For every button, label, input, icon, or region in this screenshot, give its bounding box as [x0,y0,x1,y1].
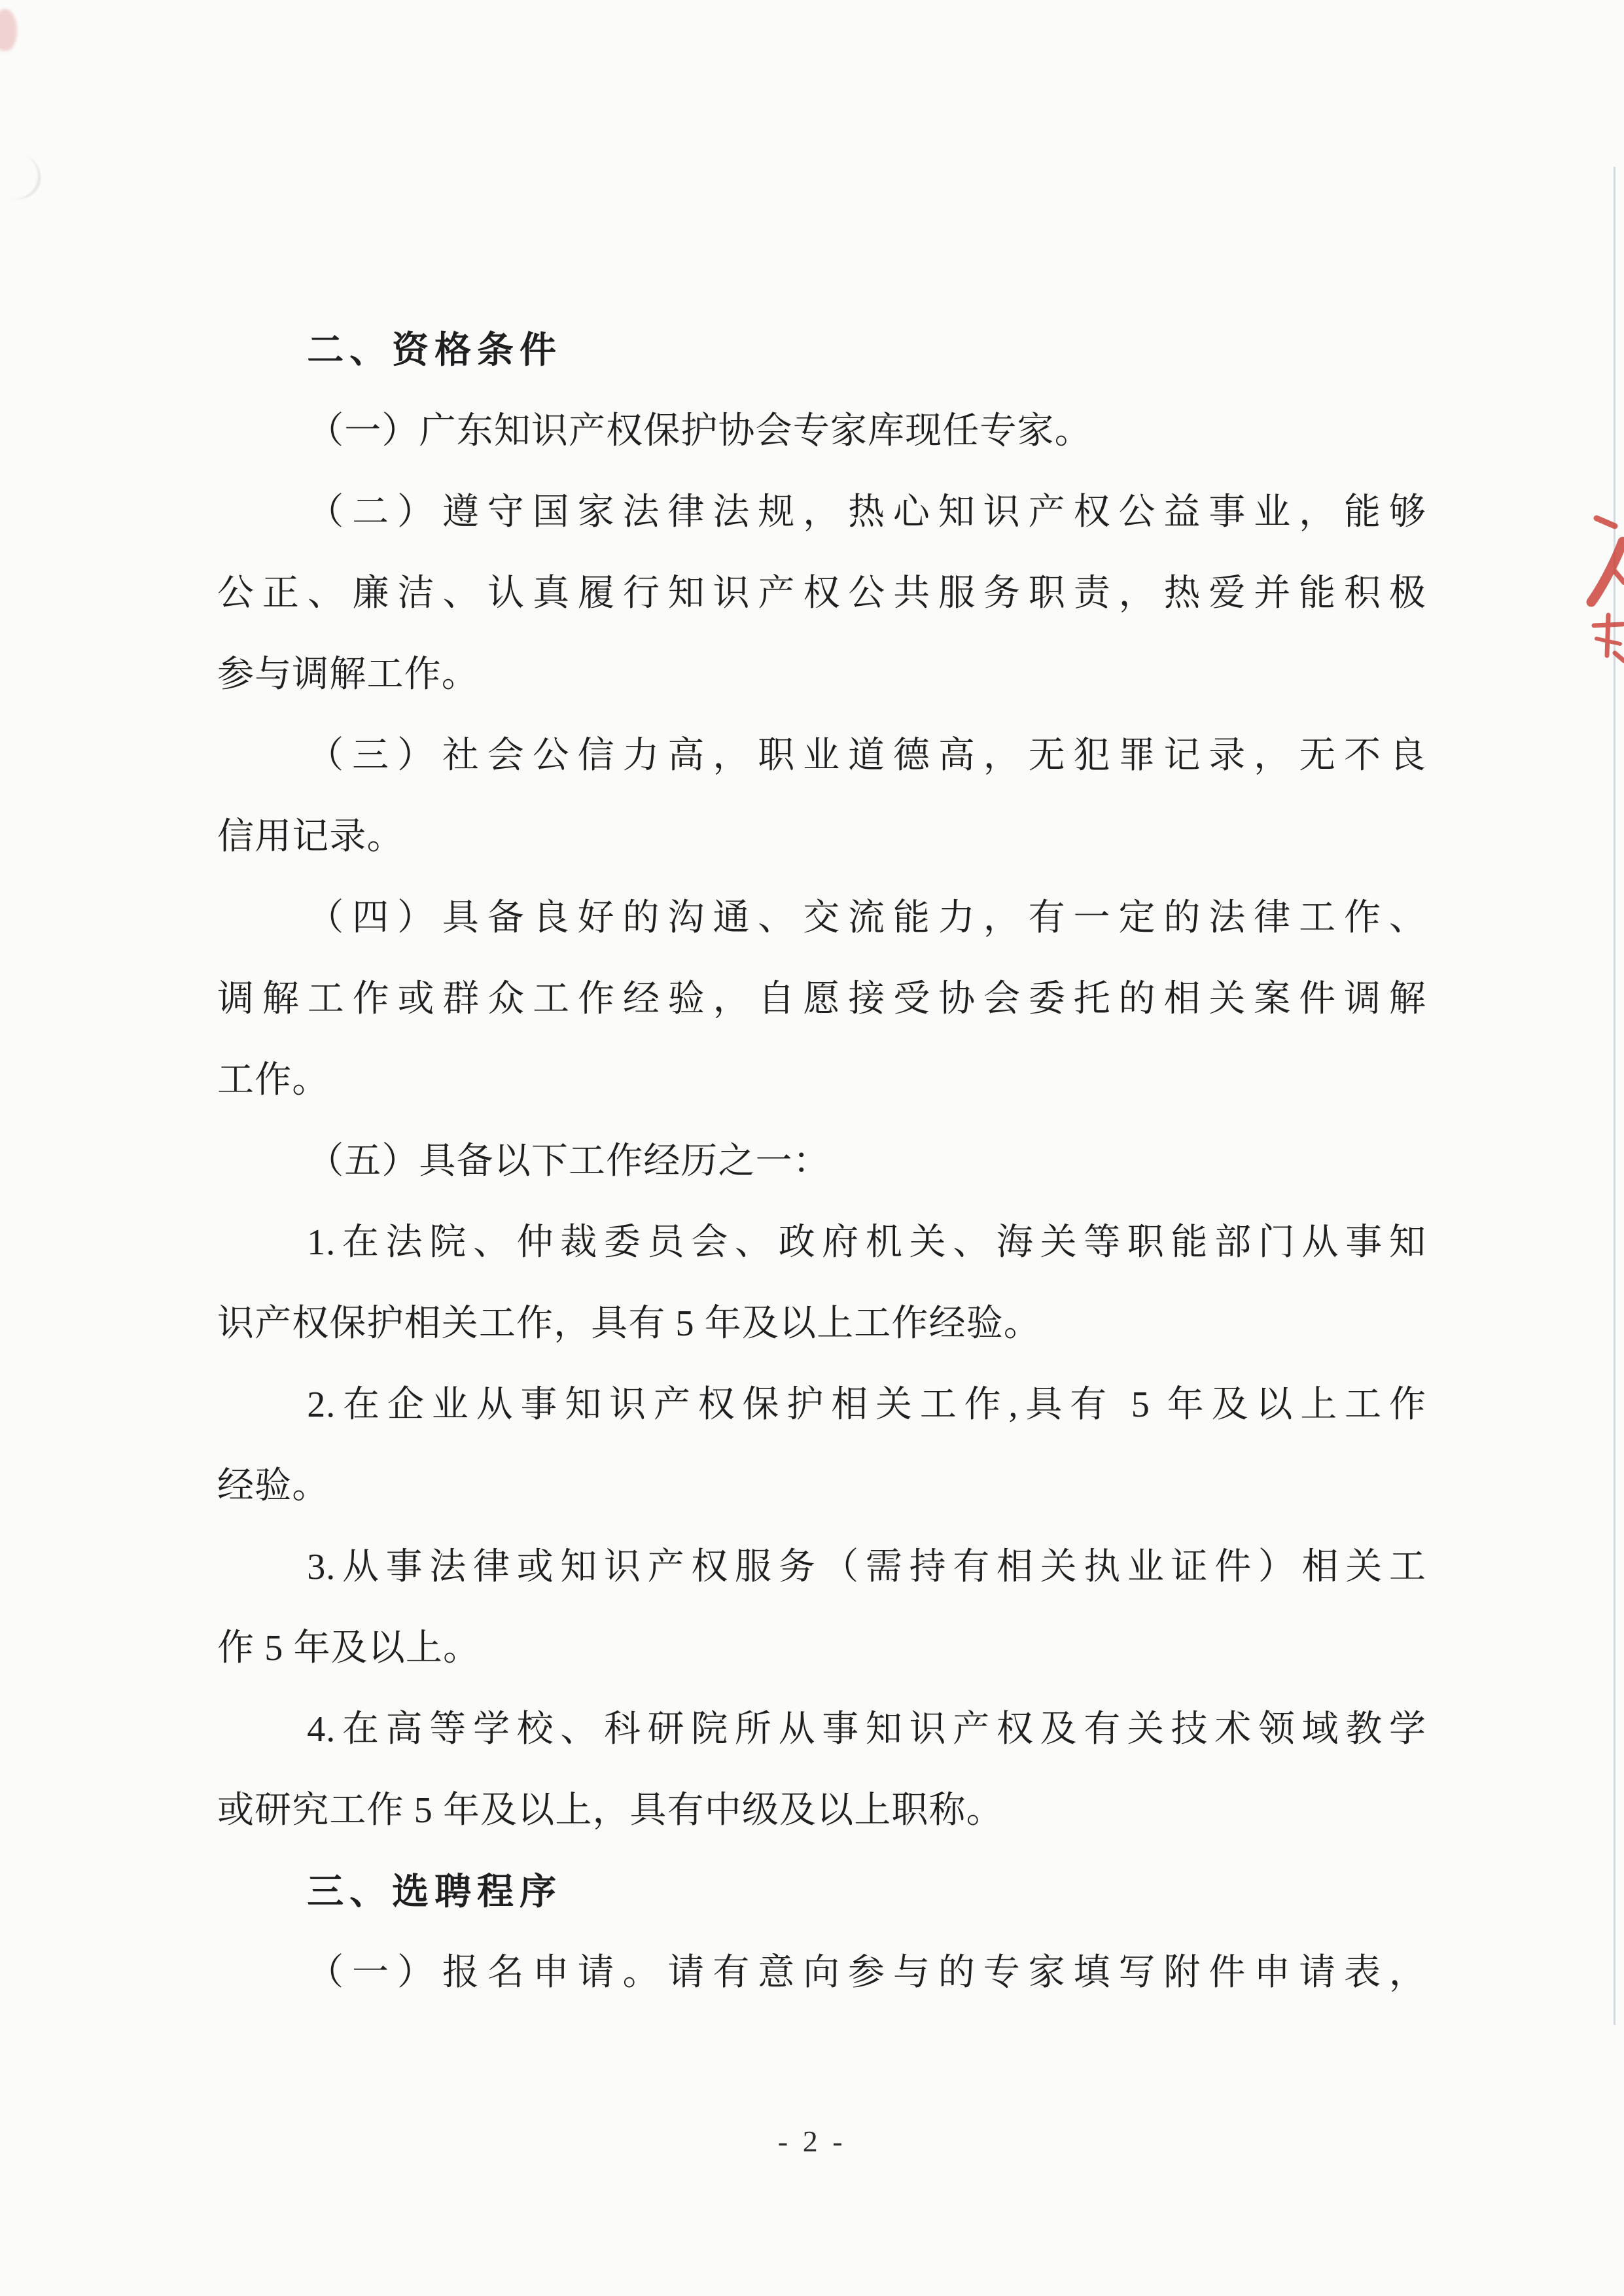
text-line: （一）报名申请。请有意向参与的专家填写附件申请表， [217,1932,1426,2013]
text-line: （四）具备良好的沟通、交流能力，有一定的法律工作、 [217,877,1426,959]
text-line: 工作。 [217,1040,1426,1121]
document-body: 二、资格条件 （一）广东知识产权保护协会专家库现任专家。 （二）遵守国家法律法规… [0,309,1624,2013]
section-heading-procedure: 三、选聘程序 [217,1851,1426,1932]
seal-icon [1577,504,1624,669]
document-page: 二、资格条件 （一）广东知识产权保护协会专家库现任专家。 （二）遵守国家法律法规… [0,0,1624,2296]
text-line: 2.在企业从事知识产权保护相关工作,具有 5 年及以上工作 [217,1364,1426,1445]
text-line: 识产权保护相关工作，具有 5 年及以上工作经验。 [217,1283,1426,1364]
scan-smudge-red [0,9,17,51]
text-line: （一）广东知识产权保护协会专家库现任专家。 [217,391,1426,472]
text-line: 信用记录。 [217,796,1426,877]
text-line: 调解工作或群众工作经验，自愿接受协会委托的相关案件调解 [217,959,1426,1040]
text-line: （三）社会公信力高，职业道德高，无犯罪记录，无不良 [217,715,1426,796]
section-heading-qualifications: 二、资格条件 [217,309,1426,391]
seal-stamp-fragment [1577,504,1624,669]
text-line: （五）具备以下工作经历之一： [217,1121,1426,1202]
scan-smudge-gray [0,145,47,207]
text-line: 1.在法院、仲裁委员会、政府机关、海关等职能部门从事知 [217,1202,1426,1283]
text-line: 经验。 [217,1445,1426,1527]
text-line: 参与调解工作。 [217,634,1426,715]
text-line: 公正、廉洁、认真履行知识产权公共服务职责，热爱并能积极 [217,553,1426,634]
text-line: （二）遵守国家法律法规，热心知识产权公益事业，能够 [217,472,1426,553]
text-line: 3.从事法律或知识产权服务（需持有相关执业证件）相关工 [217,1527,1426,1608]
page-number: - 2 - [0,2124,1624,2159]
text-line: 4.在高等学校、科研院所从事知识产权及有关技术领域教学 [217,1689,1426,1770]
text-line: 作 5 年及以上。 [217,1608,1426,1689]
text-line: 或研究工作 5 年及以上，具有中级及以上职称。 [217,1770,1426,1851]
